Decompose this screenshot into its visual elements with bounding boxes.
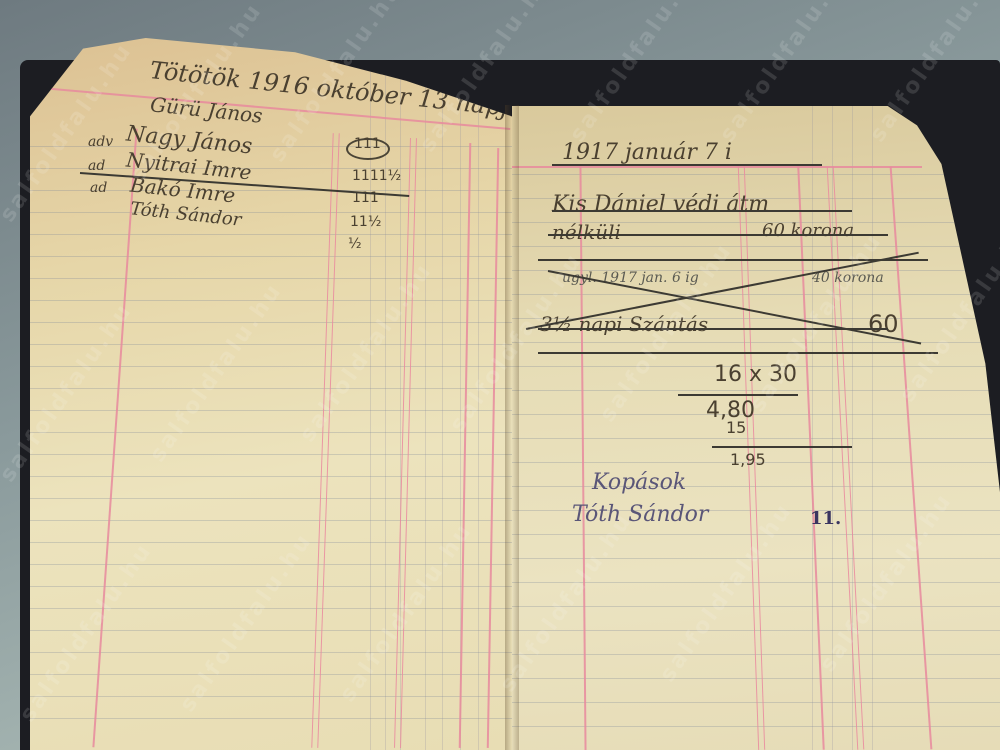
entry-value: 60 korona (762, 220, 854, 241)
right-page-header: 1917 január 7 i (562, 140, 732, 165)
entry-prefix: ad (88, 158, 105, 174)
entry-text: Kis Dániel védi átm (552, 192, 769, 217)
calc-line: 15 (726, 418, 746, 437)
entry-text: 3½ napi Szántás (540, 312, 708, 336)
strikethrough (548, 234, 888, 236)
strikethrough (538, 352, 938, 354)
entry-name: Gürü János (149, 92, 264, 128)
calc-underline (712, 446, 852, 448)
header-underline (552, 164, 822, 166)
entry-value: 11½ (350, 214, 381, 230)
strikethrough (552, 210, 852, 212)
book-gutter (505, 105, 519, 750)
right-page: 1917 január 7 i Kis Dániel védi átm nélk… (512, 106, 1000, 750)
calc-result: 1,95 (730, 450, 766, 469)
strikethrough (538, 328, 888, 330)
section-title: Kopások (592, 470, 686, 495)
entry-prefix: ad (90, 180, 107, 196)
entry-value: 40 korona (812, 270, 884, 286)
calc-line: 16 x 30 (714, 362, 797, 387)
entry-value: 1111½ (352, 168, 401, 184)
calc-underline (678, 394, 798, 396)
entry-value: ½ (348, 236, 362, 252)
column-marker: 111 (354, 136, 381, 152)
entry-value: 11. (810, 508, 841, 529)
left-page: Tötötök 1916 október 13 napjá 111 Gürü J… (30, 38, 512, 750)
entry-prefix: adv (88, 134, 113, 150)
entry-name: Tóth Sándor (572, 502, 708, 527)
entry-text: nélküli (552, 220, 621, 244)
